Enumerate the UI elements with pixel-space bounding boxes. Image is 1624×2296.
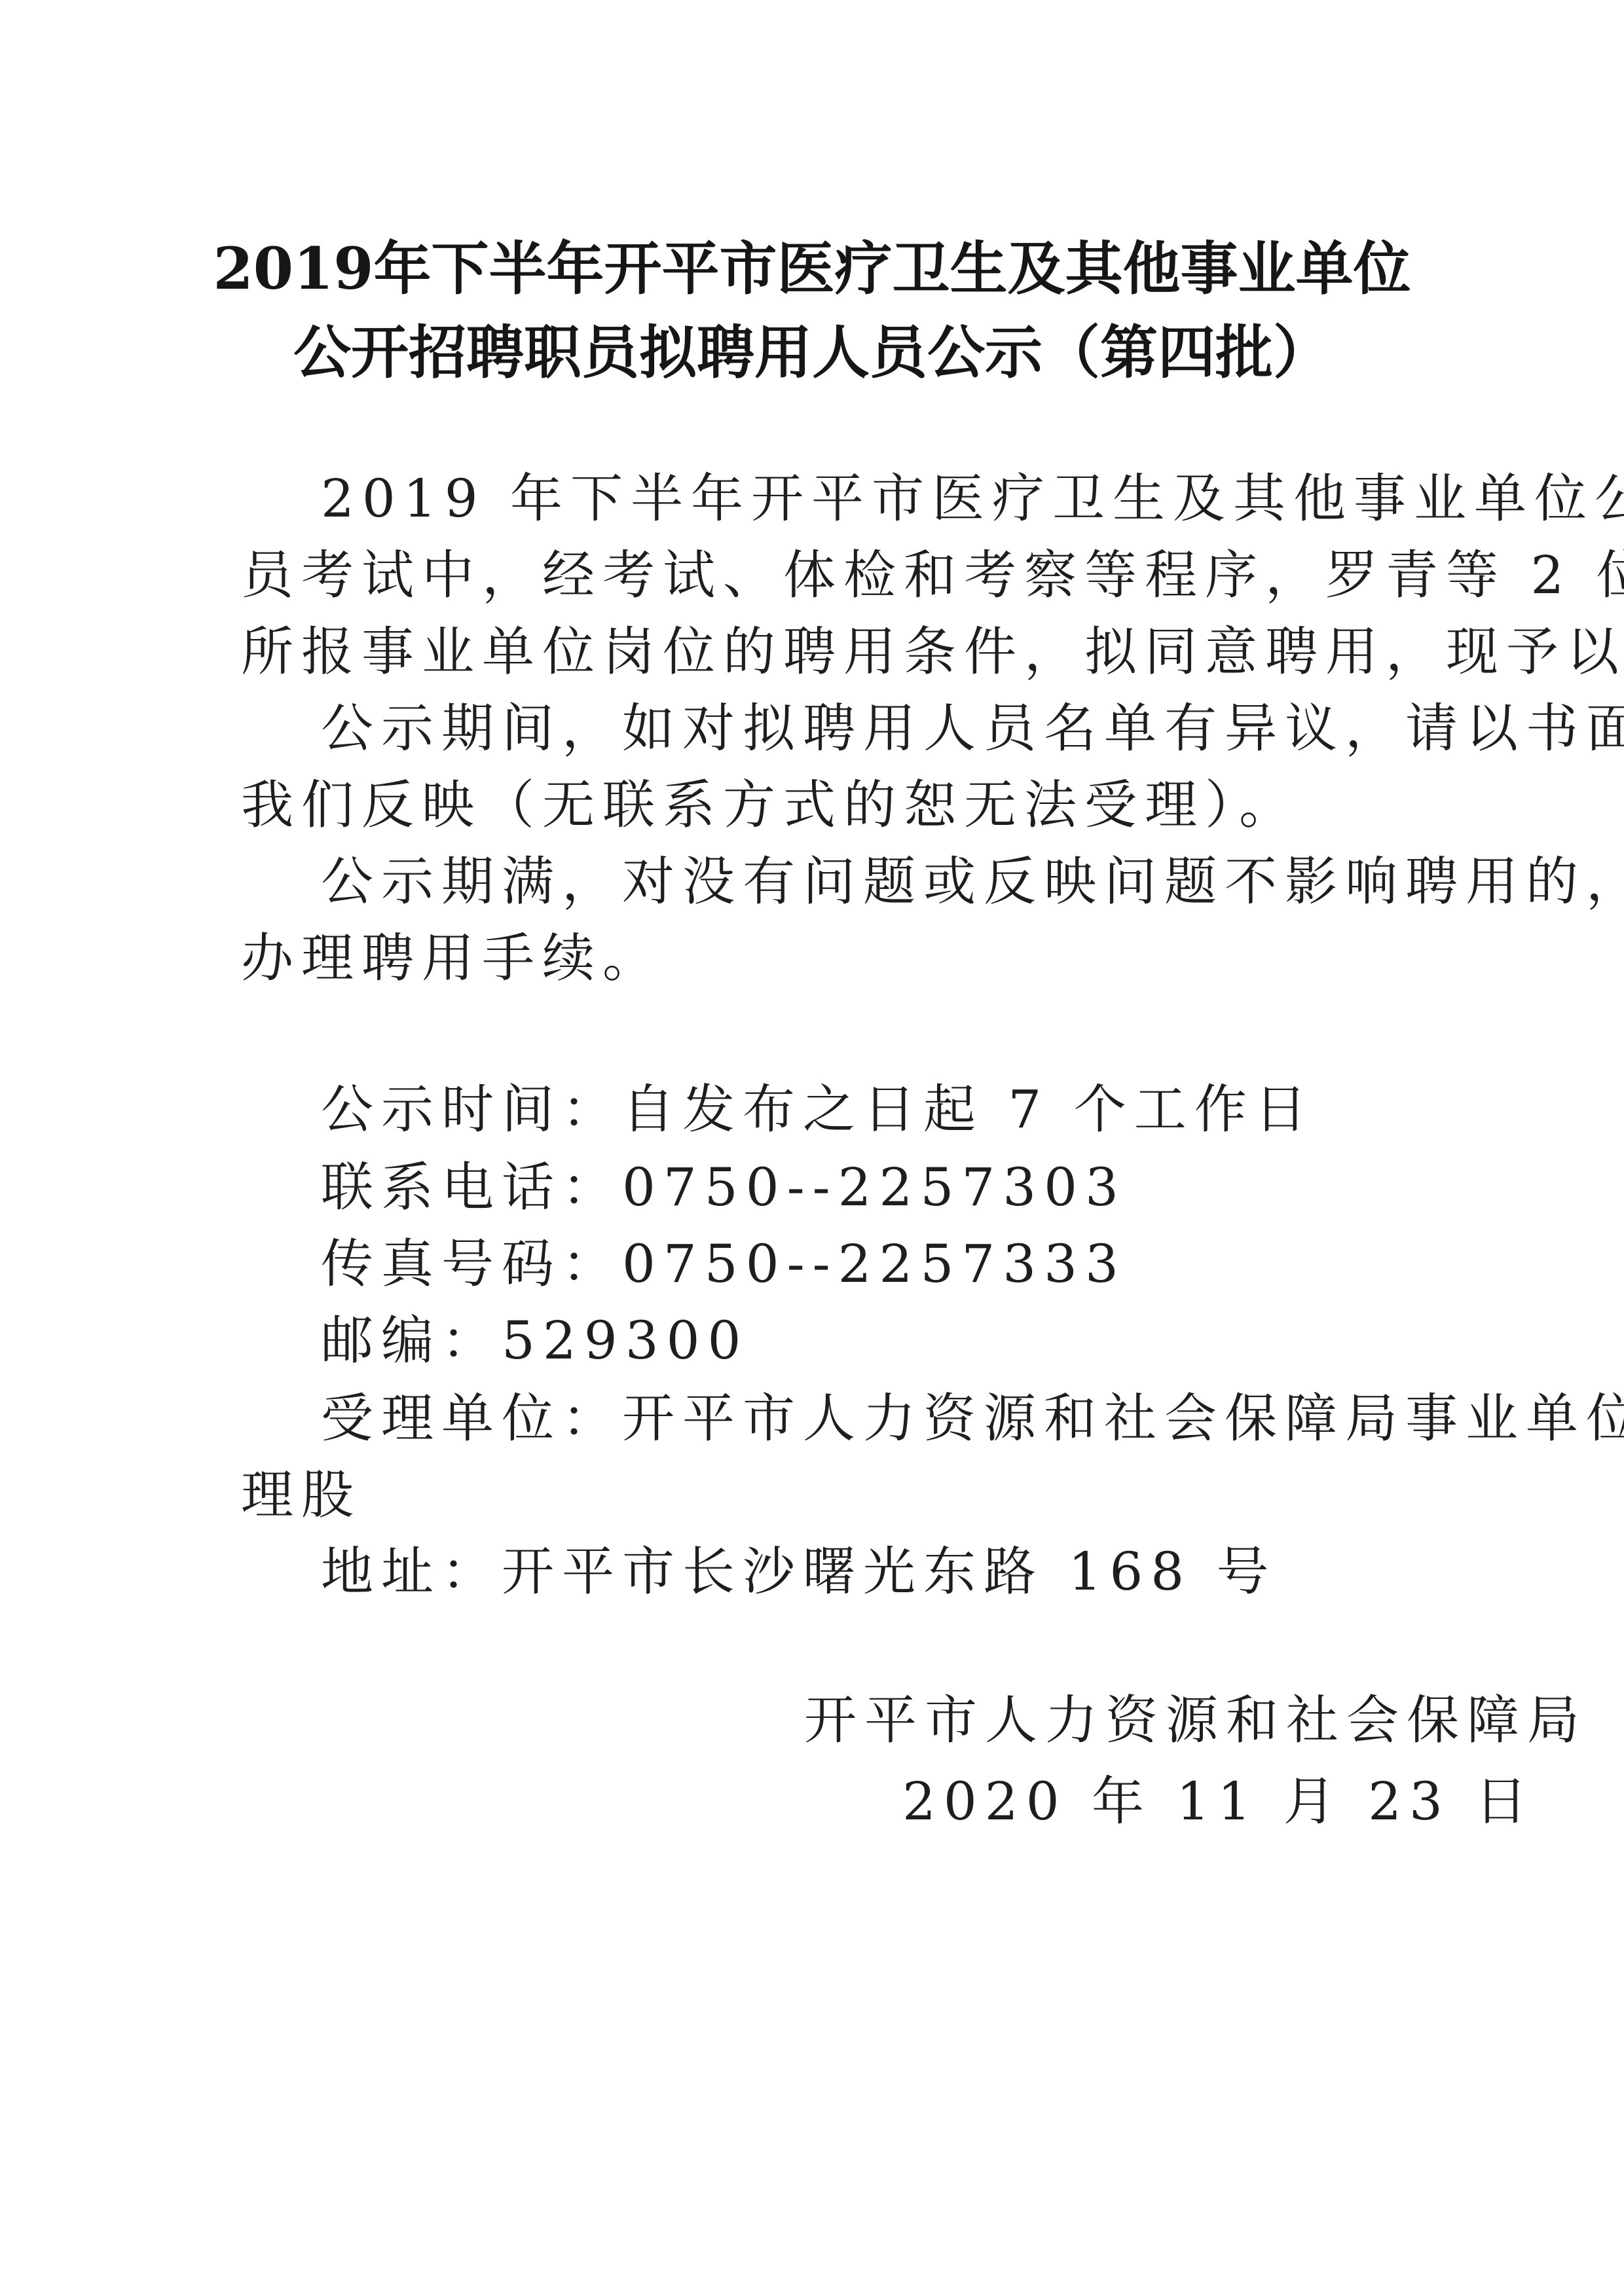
body-line-4: 公示期间，如对拟聘用人员名单有异议，请以书面形式向 (321, 696, 1624, 761)
body-line-7: 办理聘用手续。 (241, 926, 663, 991)
contact-publicity-period: 公示时间：自发布之日起 7 个工作日 (321, 1077, 1315, 1142)
contact-postcode: 邮编：529300 (321, 1308, 748, 1374)
title-line-1: 2019年下半年开平市医疗卫生及其他事业单位 (0, 232, 1624, 304)
body-line-5: 我们反映（无联系方式的恕无法受理）。 (241, 773, 1299, 838)
body-line-1: 2019 年下半年开平市医疗卫生及其他事业单位公开招聘职 (321, 466, 1624, 532)
contact-phone: 联系电话：0750--2257303 (321, 1155, 1126, 1220)
contact-office: 受理单位：开平市人力资源和社会保障局事业单位人事管 (321, 1386, 1624, 1451)
body-line-3: 所报事业单位岗位的聘用条件，拟同意聘用，现予以公示。 (241, 619, 1624, 685)
contact-office-cont: 理股 (241, 1463, 361, 1528)
body-line-6: 公示期满，对没有问题或反映问题不影响聘用的，按程序 (321, 849, 1624, 915)
contact-address: 地址：开平市长沙曙光东路 168 号 (321, 1539, 1277, 1605)
contact-fax: 传真号码：0750--2257333 (321, 1231, 1126, 1297)
signature-date: 2020 年 11 月 23 日 (902, 1769, 1535, 1834)
body-line-2: 员考试中，经考试、体检和考察等程序，罗青等 2 位同志符合 (241, 543, 1624, 608)
title-line-2: 公开招聘职员拟聘用人员公示（第四批） (0, 316, 1624, 388)
signature-organization: 开平市人力资源和社会保障局 (804, 1688, 1587, 1753)
